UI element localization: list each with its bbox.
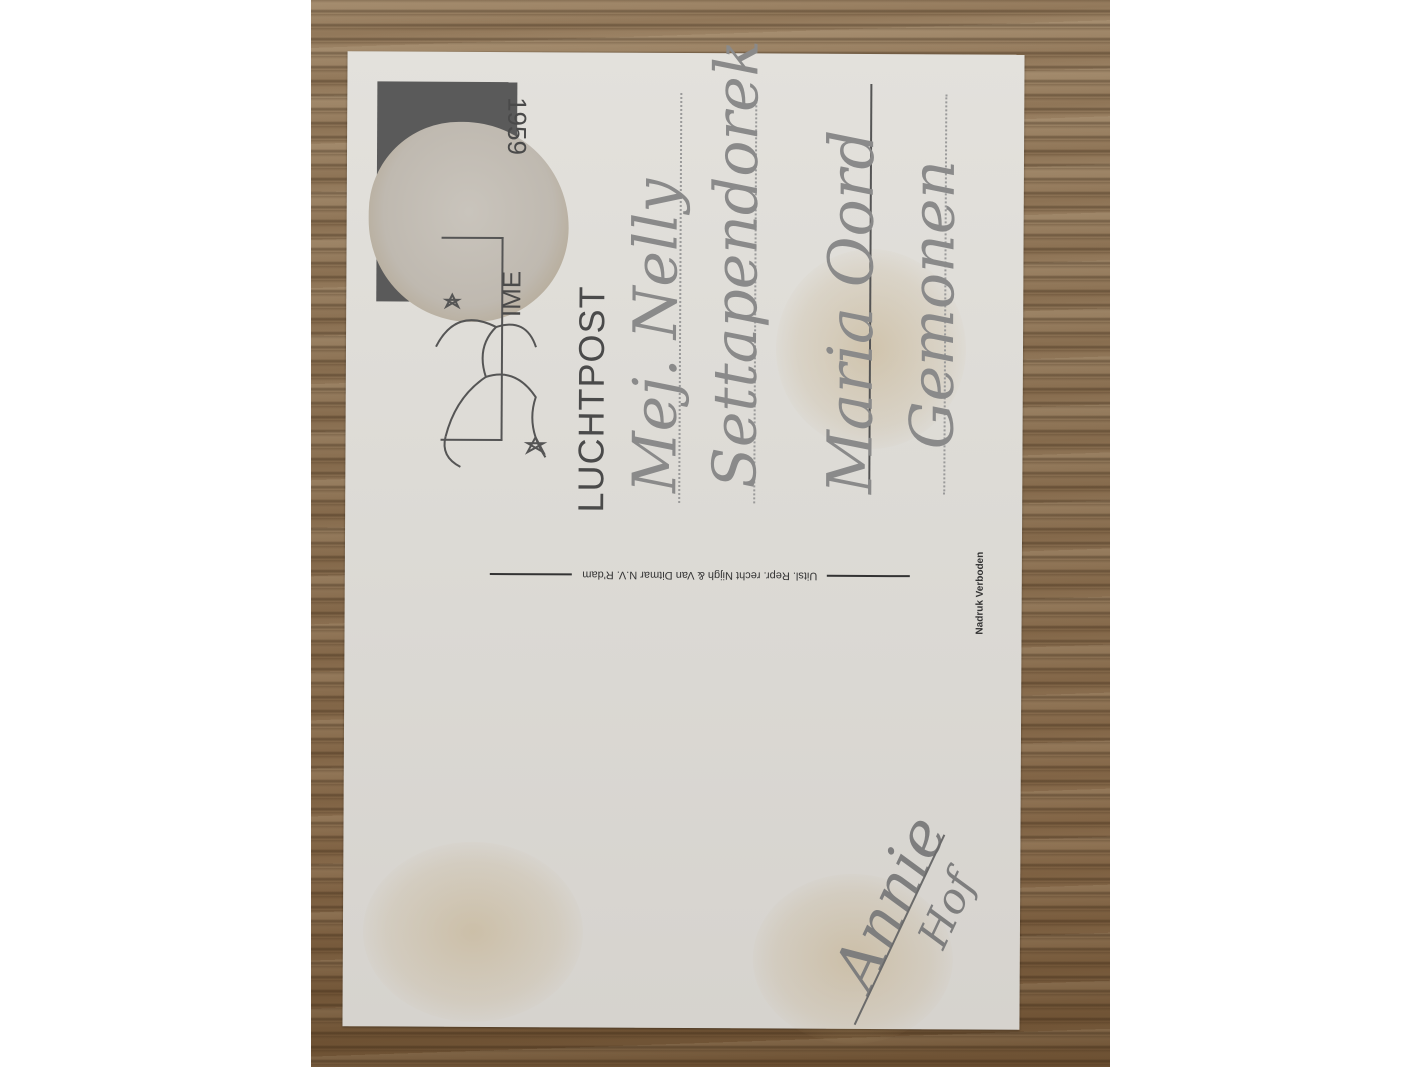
publisher-imprint: Uitsl. Repr. recht Nijgh & Van Ditmar N.… [490,568,910,582]
address-line-1: Mej. Nelly [620,179,692,493]
postcard: LUCHTPOST IME 1959 Mej. Nelly Settapendo… [342,51,1024,1030]
postmark-slogan: LUCHTPOST [570,285,613,512]
address-line-2: Settapendorek [700,40,772,489]
publisher-text: Uitsl. Repr. recht Nijgh & Van Ditmar N.… [582,568,817,581]
pegasus-icon [415,287,566,478]
stain [362,841,583,1022]
postmark-year: 1959 [501,97,532,155]
copyright-notice: Nadruk Verboden [975,552,986,635]
divider [490,573,573,575]
divider [827,575,910,577]
address-line-3: Maria Oord [813,130,888,494]
address-line-4: Gemonen [897,160,969,450]
